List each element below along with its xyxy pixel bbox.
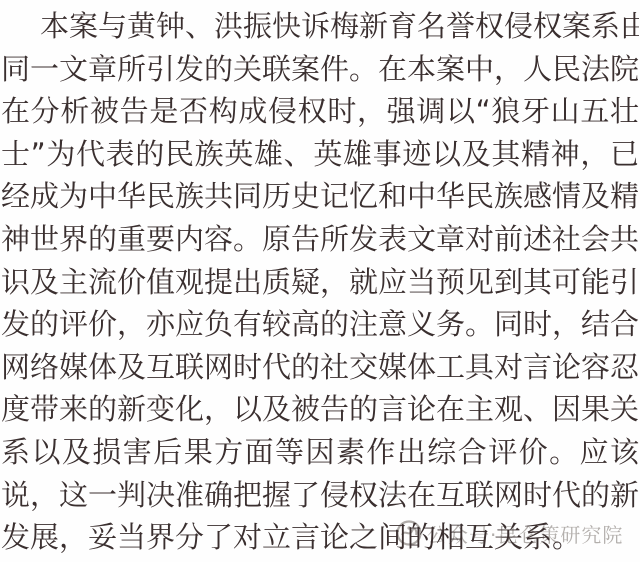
article-paragraph: 本案与黄钟、洪振快诉梅新育名誉权侵权案系由 同一文章所引发的关联案件。在本案中，… [0, 0, 640, 559]
text-line: 度带来的新变化，以及被告的言论在主观、因果关 [1, 388, 639, 431]
text-line: 经成为中华民族共同历史记忆和中华民族感情及精 [1, 175, 639, 218]
text-line: 同一文章所引发的关联案件。在本案中，人民法院 [1, 48, 639, 91]
text-line: 系以及损害后果方面等因素作出综合评价。应该 [1, 431, 639, 474]
text-line: 发展，妥当界分了对立言论之间的相互关系。 [1, 516, 639, 559]
text-line: 神世界的重要内容。原告所发表文章对前述社会共 [1, 218, 639, 261]
text-line: 网络媒体及互联网时代的社交媒体工具对言论容忍 [1, 346, 639, 389]
text-line: 识及主流价值观提出质疑，就应当预见到其可能引 [1, 261, 639, 304]
article-page: 公众号·昆仑策研究院 本案与黄钟、洪振快诉梅新育名誉权侵权案系由 同一文章所引发… [0, 0, 640, 562]
text-line: 说，这一判决准确把握了侵权法在互联网时代的新 [1, 474, 639, 517]
text-line: 在分析被告是否构成侵权时，强调以“狼牙山五壮 [1, 90, 639, 133]
text-line: 士”为代表的民族英雄、英雄事迹以及其精神，已 [1, 133, 639, 176]
text-line: 发的评价，亦应负有较高的注意义务。同时，结合 [1, 303, 639, 346]
text-line: 本案与黄钟、洪振快诉梅新育名誉权侵权案系由 [1, 5, 639, 48]
